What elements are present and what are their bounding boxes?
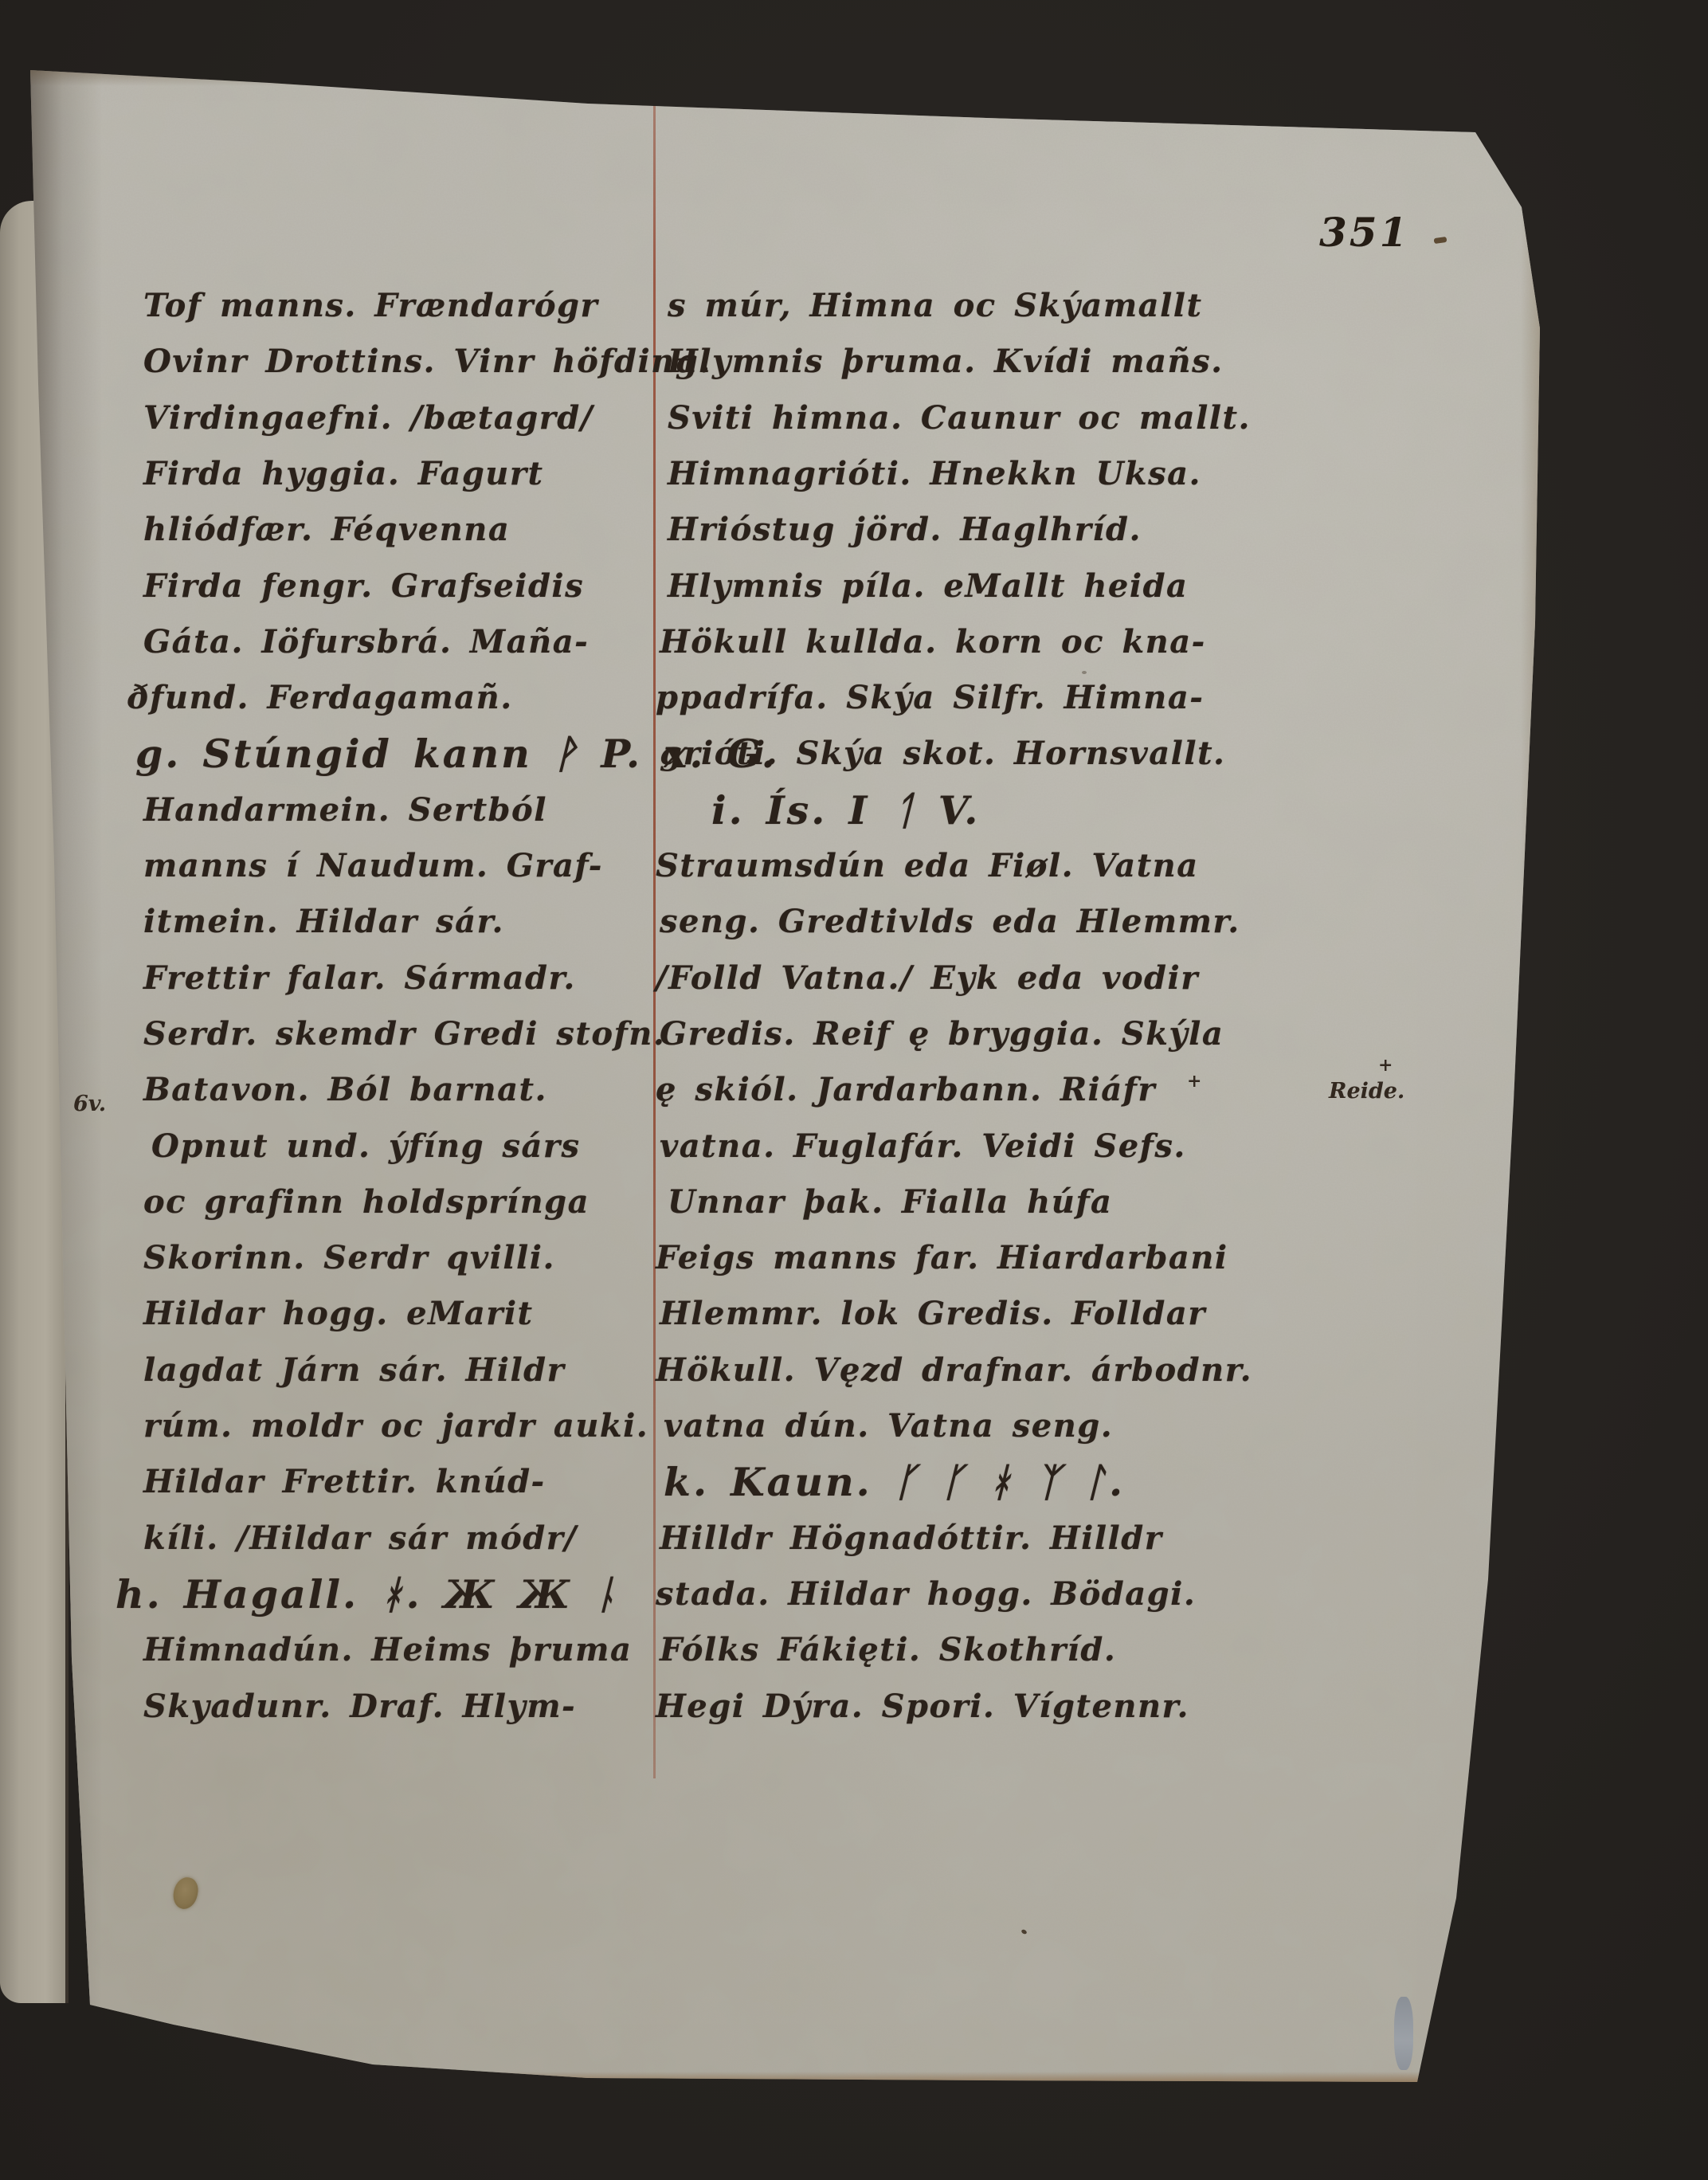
manuscript-line-right-24: stada. Hildar hogg. Bödagi. [656,1569,1196,1620]
left-margin-note: 6v. [73,1092,106,1116]
manuscript-line-right-12: seng. Gredtivlds eda Hlemmr. [660,896,1240,947]
manuscript-line-right-21: vatna dún. Vatna seng. [664,1401,1113,1452]
manuscript-line-left-23: kíli. /Hildar sár módr/ [143,1513,577,1564]
manuscript-line-left-18: Skorinn. Serdr qvilli. [143,1233,555,1284]
manuscript-page: 351 6v. Reide. + + Tof manns. Frændarógr… [30,65,1542,2084]
manuscript-line-left-14: Serdr. skemdr Gredi stofn. [143,1009,665,1060]
bottom-edge-fringe [62,2072,1542,2084]
paper-speck [1082,671,1087,674]
paper-stain-spot [170,1875,201,1911]
manuscript-line-left-4: Firda hyggia. Fagurt [143,449,543,500]
manuscript-line-right-5: Hrióstug jörd. Haglhríd. [668,504,1142,555]
manuscript-line-left-5: hliódfær. Féqvenna [143,504,510,555]
paper-speck [1020,1929,1028,1935]
manuscript-line-left-20: lagdat Járn sár. Hildr [143,1345,565,1396]
manuscript-line-left-10: Handarmein. Sertból [143,785,547,836]
gray-edge-blotch [1394,1997,1413,2070]
manuscript-line-right-11: Straumsdún eda Fiøl. Vatna [656,841,1199,892]
manuscript-line-right-19: Hlemmr. lok Gredis. Folldar [660,1288,1206,1339]
manuscript-line-right-7: Hökull kullda. korn oc kna- [660,617,1206,668]
manuscript-line-left-15: Batavon. Ból barnat. [143,1065,547,1115]
manuscript-line-left-16: Opnut und. ýfíng sárs [151,1121,581,1172]
manuscript-line-right-4: Himnagrióti. Hnekkn Uksa. [668,449,1201,500]
manuscript-line-left-19: Hildar hogg. eMarit [143,1288,534,1339]
manuscript-line-right-17: Unnar þak. Fialla húfa [668,1177,1112,1228]
manuscript-line-right-14: Gredis. Reif ę bryggia. Skýla [660,1009,1224,1060]
manuscript-line-left-22: Hildar Frettir. knúd- [143,1457,546,1508]
manuscript-line-right-3: Sviti himna. Caunur oc mallt. [668,393,1251,444]
manuscript-line-right-1: s múr, Himna oc Skýamallt [668,280,1202,331]
manuscript-line-left-8: ðfund. Ferdagamañ. [127,672,513,723]
paper-speck [476,480,480,484]
manuscript-line-right-2: Hlymnis þruma. Kvídi mañs. [668,336,1224,387]
manuscript-line-right-15: ę skiól. Jardarbann. Riáfr [656,1065,1156,1115]
manuscript-line-left-3: Virdingaefni. /bætagrd/ [143,393,593,444]
manuscript-line-left-13: Frettir falar. Sármadr. [143,953,576,1004]
manuscript-line-left-12: itmein. Hildar sár. [143,896,504,947]
manuscript-line-right-6: Hlymnis píla. eMallt heida [668,561,1188,612]
manuscript-line-right-23: Hilldr Högnadóttir. Hilldr [660,1513,1162,1564]
insertion-mark-inline: + [1187,1071,1201,1092]
manuscript-line-right-9: grióti. Skýa skot. Hornsvallt. [660,728,1225,779]
manuscript-line-left-2: Ovinr Drottins. Vinr höfding. [143,336,711,387]
manuscript-line-left-17: oc grafinn holdsprínga [143,1177,590,1228]
manuscript-line-left-24: h. Hagall. ᚼ. Ж Ж ᚿ [116,1569,620,1620]
manuscript-line-left-6: Firda fengr. Grafseidis [143,561,584,612]
manuscript-line-right-22: k. Kaun. ᚴ ᚴ ᚼ ᛉ ᛚ. [664,1457,1125,1508]
manuscript-line-left-25: Himnadún. Heims þruma [143,1625,632,1676]
manuscript-line-right-10: i. Ís. I ᛐ V. [711,785,980,836]
manuscript-line-left-1: Tof manns. Frændarógr [143,280,598,331]
manuscript-line-left-26: Skyadunr. Draf. Hlym- [143,1681,576,1732]
top-edge-shadow [30,65,1542,86]
right-margin-note: Reide. [1329,1079,1404,1104]
manuscript-scan: 351 6v. Reide. + + Tof manns. Frændarógr… [0,0,1708,2180]
manuscript-line-left-7: Gáta. Iöfursbrá. Maña- [143,617,589,668]
red-column-rule [653,76,656,1778]
insertion-mark-margin: + [1378,1055,1393,1076]
manuscript-line-right-20: Hökull. Vęzd drafnar. árbodnr. [656,1345,1252,1396]
manuscript-line-right-25: Fólks Fákięti. Skothríd. [660,1625,1116,1676]
manuscript-line-right-16: vatna. Fuglafár. Veidi Sefs. [660,1121,1186,1172]
manuscript-line-left-11: manns í Naudum. Graf- [143,841,603,892]
manuscript-line-right-18: Feigs manns far. Hiardarbani [656,1233,1228,1284]
manuscript-line-right-8: ppadrífa. Skýa Silfr. Himna- [656,672,1204,723]
page-number: 351 [1319,209,1409,256]
manuscript-line-left-21: rúm. moldr oc jardr auki. [143,1401,648,1452]
right-edge-shadow [1521,65,1542,2084]
manuscript-line-right-26: Hegi Dýra. Spori. Vígtennr. [656,1681,1189,1732]
ink-dash-mark [1434,237,1447,244]
manuscript-line-right-13: /Folld Vatna./ Eyk eda vodir [656,953,1199,1004]
